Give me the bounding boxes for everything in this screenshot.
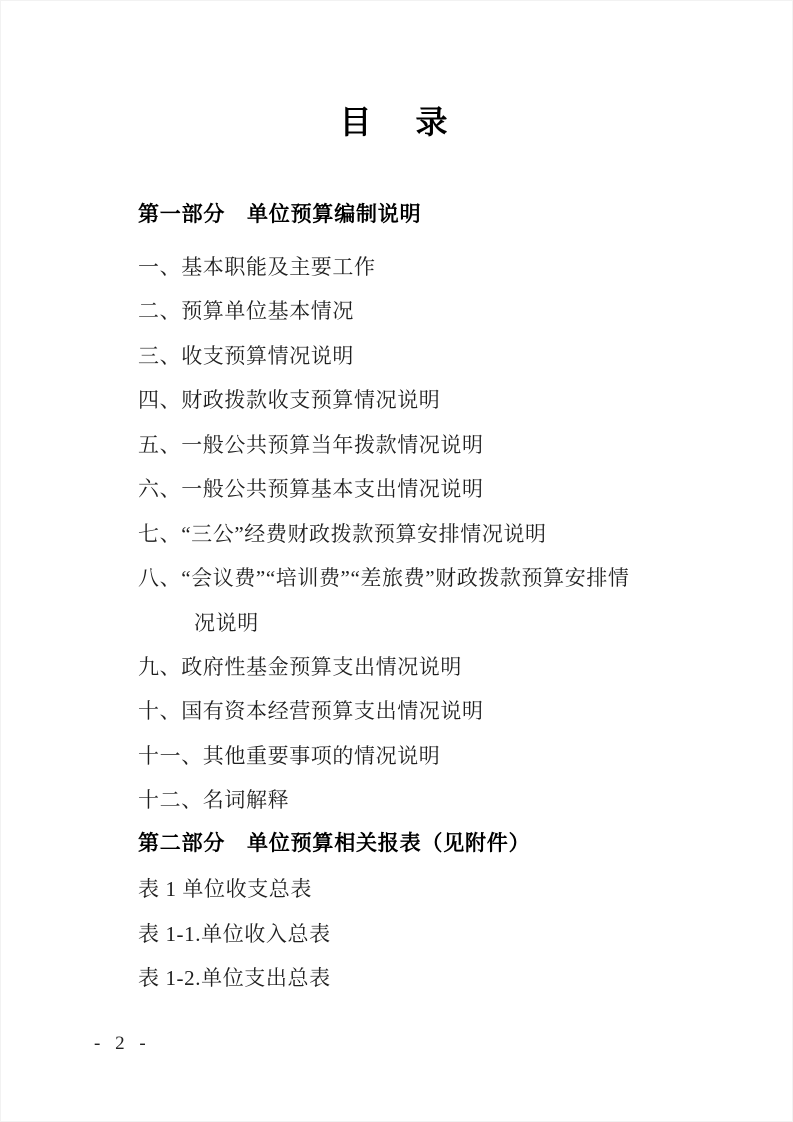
toc-item-10: 十、国有资本经营预算支出情况说明 — [138, 698, 484, 724]
toc-item-11: 十一、其他重要事项的情况说明 — [138, 743, 440, 769]
table-item-1: 表 1 单位收支总表 — [138, 876, 312, 902]
page-number: - 2 - — [94, 1032, 151, 1056]
toc-item-6: 六、一般公共预算基本支出情况说明 — [138, 476, 484, 502]
table-item-3: 表 1-2.单位支出总表 — [138, 965, 331, 991]
part1-heading: 第一部分 单位预算编制说明 — [138, 202, 421, 228]
toc-item-8: 八、“会议费”“培训费”“差旅费”财政拨款预算安排情 — [138, 565, 630, 591]
document-page: 目 录 第一部分 单位预算编制说明 一、基本职能及主要工作 二、预算单位基本情况… — [0, 0, 793, 1122]
toc-item-3: 三、收支预算情况说明 — [138, 343, 354, 369]
toc-item-2: 二、预算单位基本情况 — [138, 298, 354, 324]
toc-item-7: 七、“三公”经费财政拨款预算安排情况说明 — [138, 521, 547, 547]
toc-item-5: 五、一般公共预算当年拨款情况说明 — [138, 432, 484, 458]
table-item-2: 表 1-1.单位收入总表 — [138, 921, 331, 947]
toc-item-1: 一、基本职能及主要工作 — [138, 254, 376, 280]
page-title: 目 录 — [1, 103, 792, 141]
part2-heading: 第二部分 单位预算相关报表（见附件） — [138, 831, 530, 857]
toc-item-12: 十二、名词解释 — [138, 787, 289, 813]
toc-item-8-continuation: 况说明 — [194, 610, 259, 636]
toc-item-9: 九、政府性基金预算支出情况说明 — [138, 654, 462, 680]
toc-item-4: 四、财政拨款收支预算情况说明 — [138, 387, 440, 413]
